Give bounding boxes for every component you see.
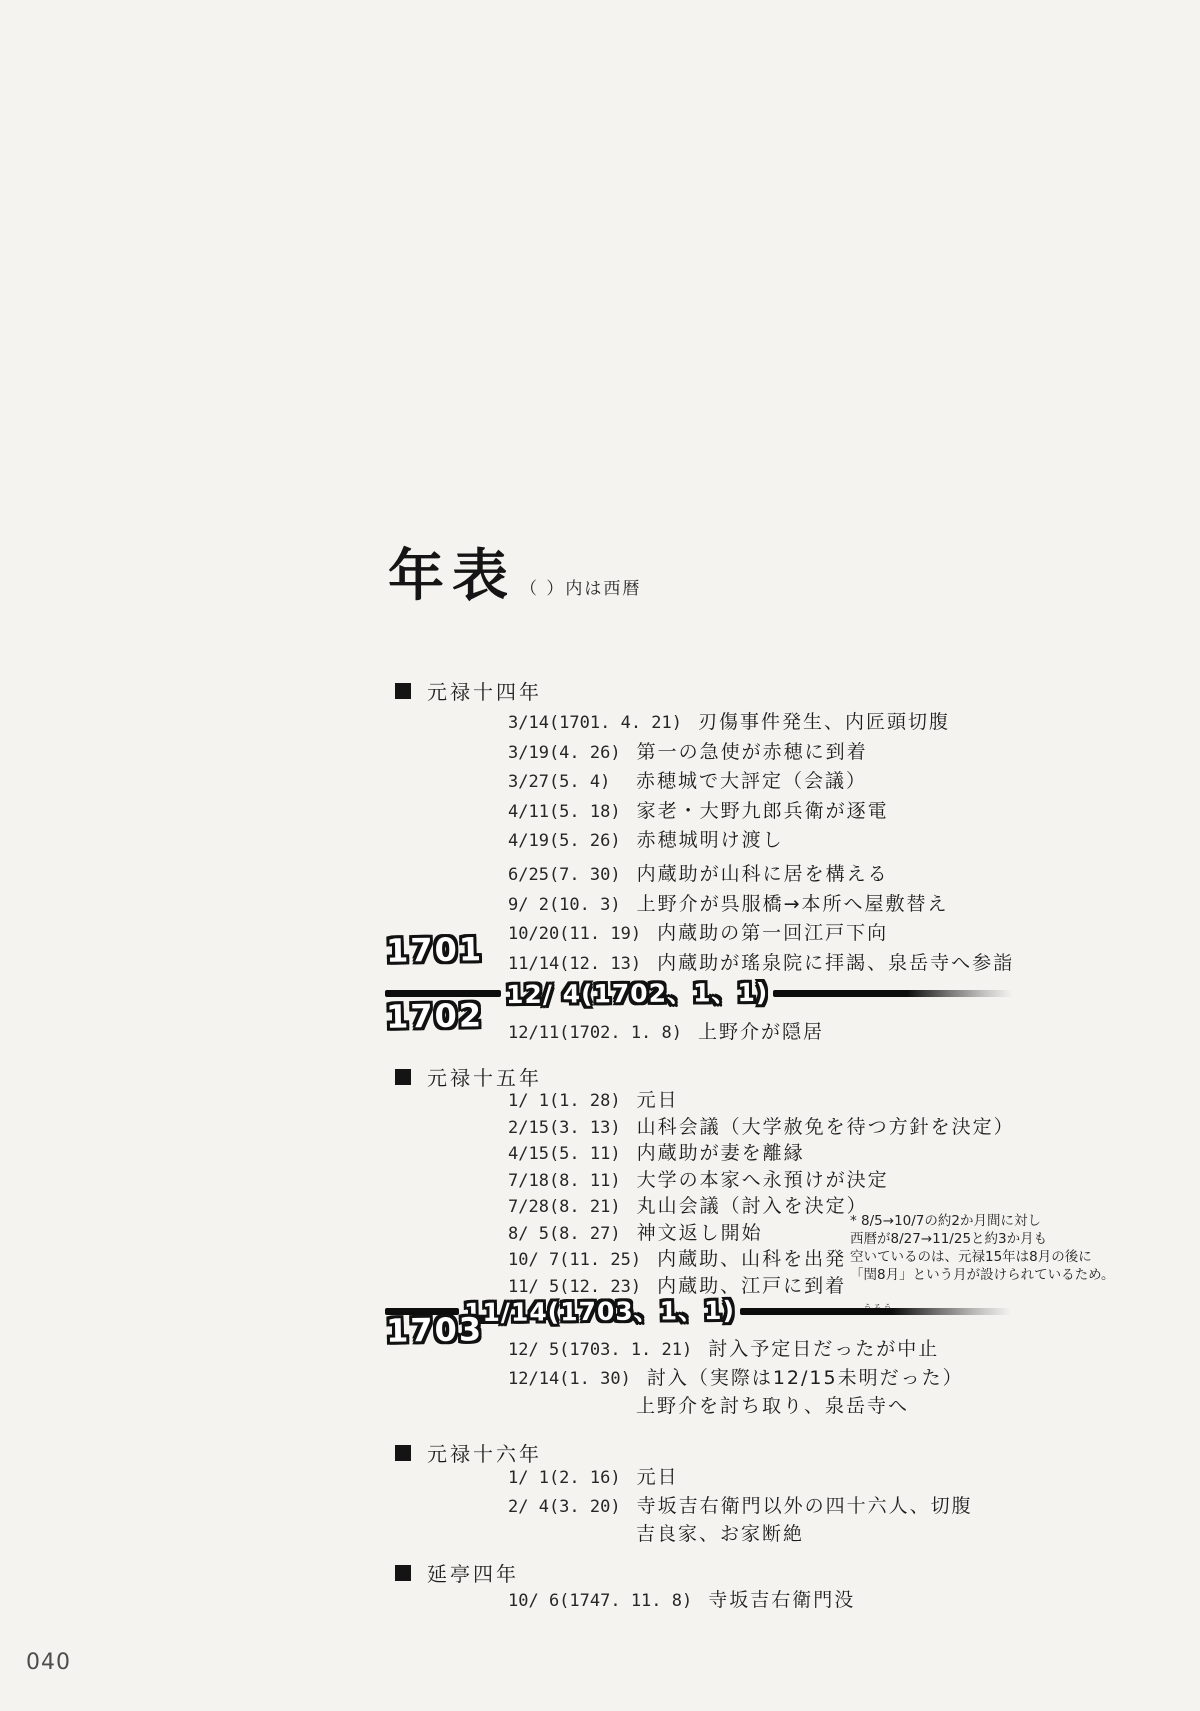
- event-desc: 寺坂吉右衛門以外の四十六人、切腹: [637, 1493, 973, 1521]
- event-date: 1/ 1(2. 16): [508, 1465, 621, 1493]
- event-date: 3/27(5. 4): [508, 768, 620, 797]
- event-row: 3/27(5. 4) 赤穂城で大評定（会議）: [508, 767, 950, 797]
- title-block: 年表 （ ）内は西暦: [388, 548, 641, 604]
- event-desc: 内蔵助が瑤泉院に拝謁、泉岳寺へ参詣: [657, 949, 1014, 978]
- event-desc: 元日: [637, 1464, 679, 1492]
- event-date: 12/14(1. 30): [508, 1366, 631, 1394]
- event-desc: 吉良家、お家断絶: [636, 1521, 804, 1549]
- event-date: 11/14(12. 13): [508, 950, 641, 979]
- event-row: 2/15(3. 13) 山科会議（大学赦免を待つ方針を決定）: [508, 1115, 1015, 1142]
- footnote-line: 「閏8月」という月が設けられているため。: [850, 1266, 1140, 1284]
- year-label-1701: 1701: [386, 933, 484, 967]
- event-desc: 内蔵助が妻を離縁: [637, 1141, 805, 1167]
- event-continuation-row: 上野介を討ち取り、泉岳寺へ: [508, 1393, 964, 1421]
- event-desc: 内蔵助、山科を出発: [657, 1247, 846, 1273]
- event-date: 12/11(1702. 1. 8): [508, 1019, 682, 1048]
- event-date: 2/15(3. 13): [508, 1116, 621, 1142]
- section-heading-label: 延亭四年: [427, 1558, 519, 1587]
- event-date: 7/18(8. 11): [508, 1169, 621, 1195]
- footnote-line: 空いているのは、元禄15年は8月の後に: [850, 1248, 1140, 1266]
- event-desc: 第一の急使が赤穂に到着: [637, 738, 868, 767]
- event-continuation-row: 吉良家、お家断絶: [508, 1521, 973, 1549]
- events-enkyo4: 10/ 6(1747. 11. 8) 寺坂吉右衛門没: [508, 1586, 855, 1616]
- section-bullet-icon: [395, 1069, 411, 1085]
- event-desc: 上野介が隠居: [698, 1018, 824, 1047]
- divider-bar-right: [740, 1308, 1017, 1315]
- footnote-line: 西暦が8/27→11/25と約3か月も: [850, 1230, 1140, 1248]
- divider-bar-right: [773, 990, 1017, 997]
- event-desc: 山科会議（大学赦免を待つ方針を決定）: [637, 1115, 1015, 1141]
- event-row: 12/14(1. 30) 討入（実際は12/15未明だった）: [508, 1365, 964, 1394]
- section-heading-label: 元禄十四年: [427, 676, 542, 705]
- event-row: 10/20(11. 19) 内蔵助の第一回江戸下向: [508, 919, 1014, 949]
- event-row: 3/14(1701. 4. 21) 刃傷事件発生、内匠頭切腹: [508, 708, 950, 738]
- event-row: 4/19(5. 26) 赤穂城明け渡し: [508, 826, 950, 856]
- event-row: 2/ 4(3. 20) 寺坂吉右衛門以外の四十六人、切腹: [508, 1493, 973, 1522]
- event-date: 3/19(4. 26): [508, 739, 621, 768]
- section-heading-genroku14: 元禄十四年: [395, 676, 542, 705]
- title-annotation: （ ）内は西暦: [520, 574, 641, 604]
- event-row: 4/11(5. 18) 家老・大野九郎兵衛が逐電: [508, 797, 950, 827]
- event-date: 1/ 1(1. 28): [508, 1089, 621, 1115]
- event-date: 10/ 7(11. 25): [508, 1248, 641, 1274]
- divider-bar-left: [385, 990, 501, 997]
- event-date: 9/ 2(10. 3): [508, 891, 621, 920]
- event-desc: 討入予定日だったが中止: [708, 1336, 939, 1364]
- event-desc: 大学の本家へ永預けが決定: [637, 1168, 889, 1194]
- event-desc: 上野介を討ち取り、泉岳寺へ: [636, 1393, 909, 1421]
- divider-date-label: 12/ 4(1702、1、1): [506, 979, 768, 1006]
- event-desc: 内蔵助が山科に居を構える: [637, 860, 889, 889]
- event-row: 7/18(8. 11) 大学の本家へ永預けが決定: [508, 1168, 1015, 1195]
- event-row: 12/11(1702. 1. 8) 上野介が隠居: [508, 1018, 824, 1048]
- event-desc: 赤穂城明け渡し: [637, 826, 784, 855]
- events-1703: 12/ 5(1703. 1. 21) 討入予定日だったが中止 12/14(1. …: [508, 1336, 964, 1421]
- events-genroku16: 1/ 1(2. 16) 元日 2/ 4(3. 20) 寺坂吉右衛門以外の四十六人…: [508, 1464, 973, 1549]
- event-row: 1/ 1(2. 16) 元日: [508, 1464, 973, 1493]
- footnote-leap-month: * 8/5→10/7の約2か月間に対し 西暦が8/27→11/25と約3か月も …: [850, 1212, 1140, 1284]
- event-desc: 刃傷事件発生、内匠頭切腹: [698, 708, 950, 737]
- event-desc: 内蔵助の第一回江戸下向: [657, 919, 888, 948]
- event-desc: 神文返し開始: [637, 1221, 763, 1247]
- footnote-line: * 8/5→10/7の約2か月間に対し: [850, 1212, 1140, 1230]
- event-date: 4/19(5. 26): [508, 827, 621, 856]
- event-date: 10/ 6(1747. 11. 8): [508, 1587, 692, 1616]
- events-genroku14-a: 3/14(1701. 4. 21) 刃傷事件発生、内匠頭切腹 3/19(4. 2…: [508, 708, 950, 856]
- event-row: 4/15(5. 11) 内蔵助が妻を離縁: [508, 1141, 1015, 1168]
- event-desc: 丸山会議（討入を決定）: [637, 1194, 868, 1220]
- scanned-chronology-page: 年表 （ ）内は西暦 元禄十四年 3/14(1701. 4. 21) 刃傷事件発…: [0, 0, 1200, 1711]
- event-desc: 寺坂吉右衛門没: [708, 1586, 855, 1615]
- events-1702: 12/11(1702. 1. 8) 上野介が隠居: [508, 1018, 824, 1048]
- event-row: 11/14(12. 13) 内蔵助が瑤泉院に拝謁、泉岳寺へ参詣: [508, 949, 1014, 979]
- page-title: 年表: [388, 548, 516, 604]
- event-date: 12/ 5(1703. 1. 21): [508, 1337, 692, 1365]
- event-desc: 元日: [637, 1088, 679, 1114]
- event-date: 4/11(5. 18): [508, 798, 621, 827]
- section-heading-enkyo4: 延亭四年: [395, 1558, 519, 1587]
- event-desc: 討入（実際は12/15未明だった）: [647, 1365, 964, 1393]
- event-desc: 上野介が呉服橋→本所へ屋敷替え: [637, 890, 949, 919]
- event-date: 6/25(7. 30): [508, 861, 621, 890]
- section-heading-label: 元禄十五年: [427, 1062, 542, 1091]
- event-row: 10/ 6(1747. 11. 8) 寺坂吉右衛門没: [508, 1586, 855, 1616]
- event-date: 2/ 4(3. 20): [508, 1494, 621, 1522]
- divider-date-label: 11/14(1703、1、1): [464, 1297, 735, 1324]
- section-bullet-icon: [395, 1445, 411, 1461]
- section-heading-genroku16: 元禄十六年: [395, 1438, 542, 1467]
- event-row: 6/25(7. 30) 内蔵助が山科に居を構える: [508, 860, 1014, 890]
- event-row: 3/19(4. 26) 第一の急使が赤穂に到着: [508, 738, 950, 768]
- event-date: 10/20(11. 19): [508, 920, 641, 949]
- section-bullet-icon: [395, 1565, 411, 1581]
- event-row: 12/ 5(1703. 1. 21) 討入予定日だったが中止: [508, 1336, 964, 1365]
- event-date: 8/ 5(8. 27): [508, 1222, 621, 1248]
- event-desc: 赤穂城で大評定（会議）: [636, 767, 867, 796]
- section-bullet-icon: [395, 683, 411, 699]
- year-label-1702: 1702: [386, 999, 484, 1033]
- year-label-1703: 1703: [386, 1313, 484, 1347]
- event-desc: 家老・大野九郎兵衛が逐電: [637, 797, 889, 826]
- event-date: 3/14(1701. 4. 21): [508, 709, 682, 738]
- event-row: 9/ 2(10. 3) 上野介が呉服橋→本所へ屋敷替え: [508, 890, 1014, 920]
- event-date: 7/28(8. 21): [508, 1195, 621, 1221]
- page-number: 040: [26, 1650, 71, 1675]
- event-row: 1/ 1(1. 28) 元日: [508, 1088, 1015, 1115]
- section-heading-genroku15: 元禄十五年: [395, 1062, 542, 1091]
- section-heading-label: 元禄十六年: [427, 1438, 542, 1467]
- event-date: 4/15(5. 11): [508, 1142, 621, 1168]
- events-genroku14-b: 6/25(7. 30) 内蔵助が山科に居を構える 9/ 2(10. 3) 上野介…: [508, 860, 1014, 978]
